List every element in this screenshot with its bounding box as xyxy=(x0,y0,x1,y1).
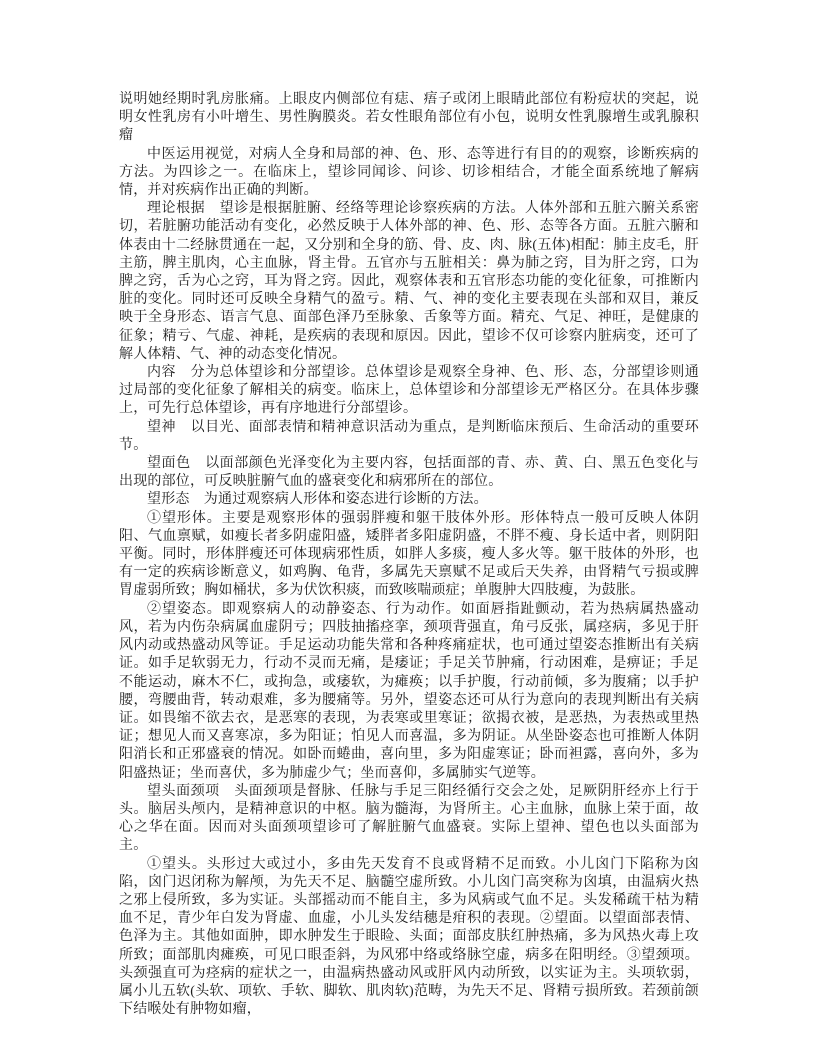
paragraph: 理论根据 望诊是根据脏腑、经络等理论诊察疾病的方法。人体外部和五脏六腑关系密切，… xyxy=(119,200,699,364)
paragraph: 中医运用视觉，对病人全身和局部的神、色、形、态等进行有目的的观察，诊断疾病的方法… xyxy=(119,146,699,201)
paragraph: 望形态 为通过观察病人形体和姿态进行诊断的方法。 xyxy=(119,491,699,509)
paragraph: 望头面颈项 头面颈项是督脉、任脉与手足三阳经循行交会之处，足厥阴肝经亦上行于头。… xyxy=(119,783,699,856)
paragraph: 望面色 以面部颜色光泽变化为主要内容，包括面部的青、赤、黄、白、黑五色变化与出现… xyxy=(119,455,699,491)
document-page: 说明她经期时乳房胀痛。上眼皮内侧部位有痣、痦子或闭上眼睛此部位有粉痘状的突起，说… xyxy=(119,91,699,1019)
paragraph: ①望形体。主要是观察形体的强弱胖瘦和躯干肢体外形。形体特点一般可反映人体阴阳、气… xyxy=(119,510,699,601)
paragraph: 说明她经期时乳房胀痛。上眼皮内侧部位有痣、痦子或闭上眼睛此部位有粉痘状的突起，说… xyxy=(119,91,699,146)
paragraph: ②望姿态。即观察病人的动静姿态、行为动作。如面唇指趾颤动，若为热病属热盛动风，若… xyxy=(119,601,699,783)
paragraph: 望神 以目光、面部表情和精神意识活动为重点，是判断临床预后、生命活动的重要环节。 xyxy=(119,419,699,455)
paragraph: 内容 分为总体望诊和分部望诊。总体望诊是观察全身神、色、形、态，分部望诊则通过局… xyxy=(119,364,699,419)
paragraph: ①望头。头形过大或过小，多由先天发育不良或肾精不足而致。小儿囟门下陷称为囟陷，囟… xyxy=(119,856,699,1020)
